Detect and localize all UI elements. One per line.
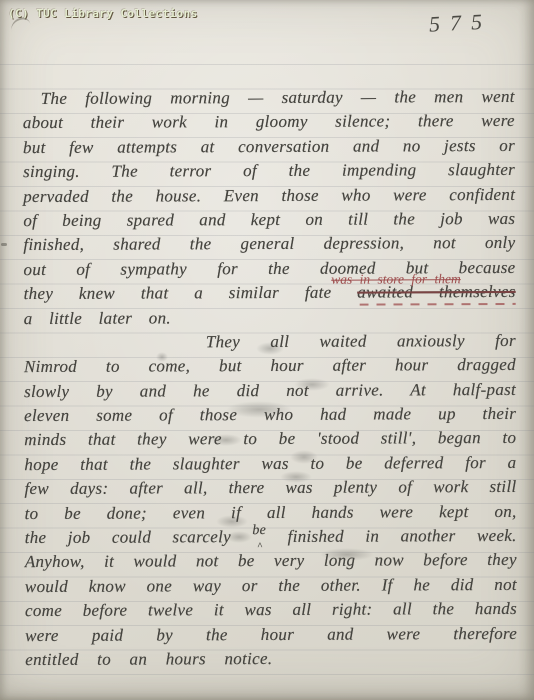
manuscript-line: to be done; even if all hands were kept … (25, 500, 517, 527)
manuscript-line: come before twelve it was all right: all… (25, 597, 517, 624)
smudge-mark (216, 515, 248, 528)
caret-line-after: finished in another week. (288, 526, 517, 546)
manuscript-line: few days: after all, there was plenty of… (24, 475, 516, 502)
manuscript-line: pervaded the house. Even those who were … (23, 182, 515, 209)
manuscript-line: were paid by the hour and were therefore (25, 622, 517, 649)
manuscript-text: The following morning — saturday — the m… (23, 85, 518, 673)
manuscript-line: singing. The terror of the impending sla… (23, 158, 515, 185)
manuscript-line: would know one way or the other. If he d… (25, 573, 517, 600)
smudge-mark (320, 548, 374, 561)
smudge-mark (226, 531, 252, 543)
caret-insertion: be^ (252, 525, 266, 551)
manuscript-line: finished, shared the general depression,… (23, 231, 515, 258)
smudge-mark (226, 401, 292, 418)
watermark-label: (C) TUC Library Collections (8, 7, 198, 20)
red-ink-insertion: was in store for them (331, 267, 461, 292)
manuscript-line: but few attempts at conversation and no … (23, 134, 515, 161)
manuscript-line: Nimrod to come, but hour after hour drag… (24, 353, 516, 380)
smudge-mark (256, 342, 284, 355)
smudge-mark (210, 434, 242, 446)
manuscript-line: of being spared and kept on till the job… (23, 207, 515, 234)
manuscript-line: The following morning — saturday — the m… (23, 85, 515, 112)
caret-mark: ^ (258, 535, 263, 559)
manuscript-line: minds that they were to be 'stood still'… (24, 426, 516, 453)
manuscript-line: hope that the slaughter was to be deferr… (24, 451, 516, 478)
manuscript-page: (C) TUC Library Collections 575 The foll… (0, 0, 534, 700)
edit-line-before: they knew that a similar fate (24, 283, 332, 303)
manuscript-line: entitled to an hours notice. (25, 646, 517, 673)
smudge-mark (294, 378, 330, 391)
smudge-mark (156, 352, 168, 362)
manuscript-line-caret: the job could scarcely be^ finished in a… (25, 524, 517, 551)
page-number: 575 (428, 8, 492, 37)
manuscript-line: a little later on. (24, 304, 516, 331)
struck-text: awaited themselveswas in store for them (357, 282, 515, 302)
edge-mark (1, 243, 7, 246)
smudge-mark (280, 471, 312, 483)
smudge-mark (290, 450, 318, 464)
manuscript-line-edited: they knew that a similar fate awaited th… (24, 280, 516, 307)
manuscript-line: about their work in gloomy silence; ther… (23, 109, 515, 136)
manuscript-line: slowly by and he did not arrive. At half… (24, 378, 516, 405)
caret-line-before: the job could scarcely (25, 527, 231, 547)
manuscript-line: Anyhow, it would not be very long now be… (25, 548, 517, 575)
